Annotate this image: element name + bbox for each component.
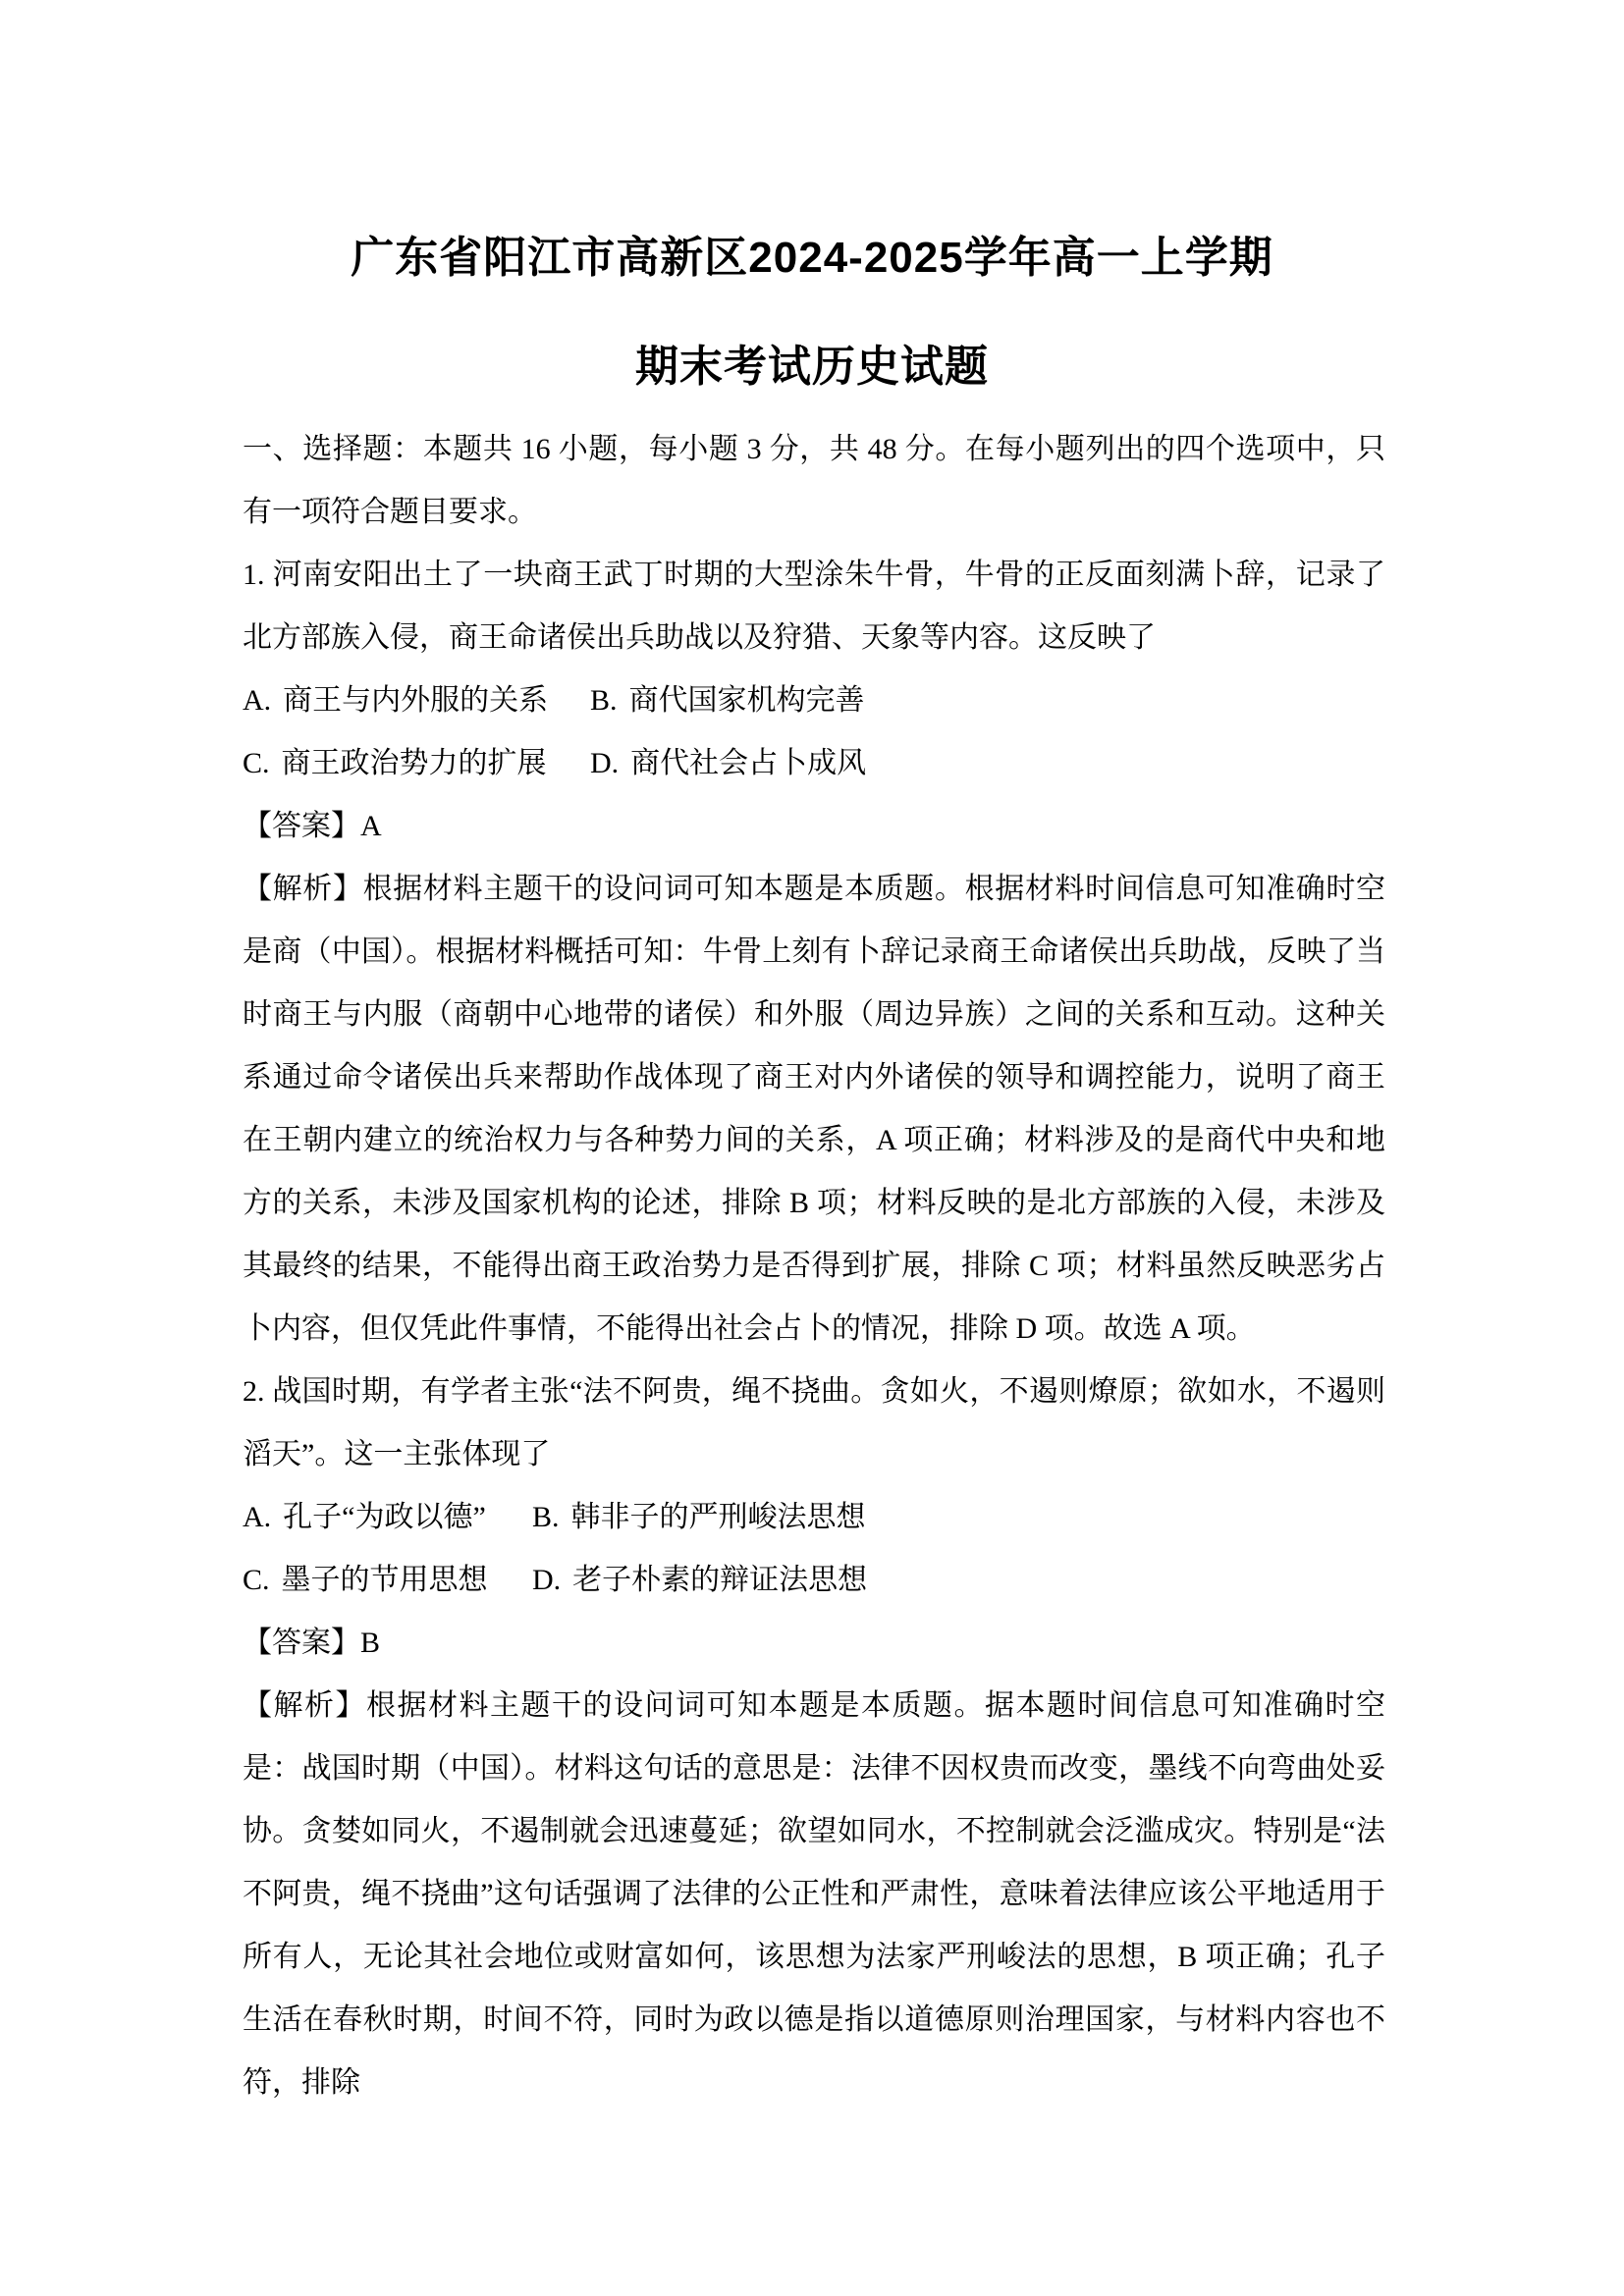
question-2-stem: 2. 战国时期，有学者主张“法不阿贵，绳不挠曲。贪如火，不遏则燎原；欲如水，不遏… xyxy=(243,1361,1385,1486)
question-2-answer-line: 【答案】B xyxy=(243,1612,1385,1675)
option-b: B.韩非子的严刑峻法思想 xyxy=(532,1486,1385,1549)
option-b-text: 韩非子的严刑峻法思想 xyxy=(571,1501,866,1533)
question-1-answer: A xyxy=(360,810,382,842)
option-b: B.商代国家机构完善 xyxy=(590,669,1385,732)
option-a-text: 商王与内外服的关系 xyxy=(283,684,548,717)
option-d-label: D. xyxy=(532,1564,561,1596)
question-1-options-row-2: C.商王政治势力的扩展 D.商代社会占卜成风 xyxy=(243,732,1385,795)
option-d-text: 老子朴素的辩证法思想 xyxy=(572,1564,867,1596)
answer-label: 【答案】 xyxy=(243,810,360,842)
question-1-analysis-line: 【解析】根据材料主题干的设问词可知本题是本质题。根据材料时间信息可知准确时空是商… xyxy=(243,858,1385,1361)
question-2-options-row-1: A.孔子“为政以德” B.韩非子的严刑峻法思想 xyxy=(243,1486,1385,1549)
option-c: C.墨子的节用思想 xyxy=(243,1549,532,1612)
page-title: 广东省阳江市高新区2024-2025学年高一上学期 xyxy=(0,237,1624,280)
option-b-label: B. xyxy=(532,1501,560,1533)
analysis-label: 【解析】 xyxy=(243,873,363,905)
analysis-label: 【解析】 xyxy=(243,1689,366,1722)
question-2-answer: B xyxy=(360,1627,380,1659)
option-c-label: C. xyxy=(243,747,270,779)
option-c-label: C. xyxy=(243,1564,270,1596)
option-b-label: B. xyxy=(590,684,618,717)
option-b-text: 商代国家机构完善 xyxy=(629,684,865,717)
option-d-text: 商代社会占卜成风 xyxy=(630,747,866,779)
option-c-text: 商王政治势力的扩展 xyxy=(282,747,547,779)
question-1-options-row-1: A.商王与内外服的关系 B.商代国家机构完善 xyxy=(243,669,1385,732)
option-a-label: A. xyxy=(243,1501,271,1533)
question-2-options-row-2: C.墨子的节用思想 D.老子朴素的辩证法思想 xyxy=(243,1549,1385,1612)
option-d: D.老子朴素的辩证法思想 xyxy=(532,1549,1385,1612)
exam-document-page: 广东省阳江市高新区2024-2025学年高一上学期 期末考试历史试题 一、选择题… xyxy=(0,0,1624,2296)
question-1-analysis: 根据材料主题干的设问词可知本题是本质题。根据材料时间信息可知准确时空是商（中国）… xyxy=(243,873,1385,1345)
option-a: A.商王与内外服的关系 xyxy=(243,669,590,732)
option-d: D.商代社会占卜成风 xyxy=(590,732,1385,795)
page-subtitle: 期末考试历史试题 xyxy=(0,346,1624,389)
option-a-label: A. xyxy=(243,684,271,717)
answer-label: 【答案】 xyxy=(243,1627,360,1659)
option-a: A.孔子“为政以德” xyxy=(243,1486,532,1549)
option-c: C.商王政治势力的扩展 xyxy=(243,732,590,795)
section-header: 一、选择题：本题共 16 小题，每小题 3 分，共 48 分。在每小题列出的四个… xyxy=(243,418,1385,544)
question-1-stem: 1. 河南安阳出土了一块商王武丁时期的大型涂朱牛骨，牛骨的正反面刻满卜辞，记录了… xyxy=(243,544,1385,669)
option-c-text: 墨子的节用思想 xyxy=(282,1564,488,1596)
option-a-text: 孔子“为政以德” xyxy=(283,1501,486,1533)
exam-body: 一、选择题：本题共 16 小题，每小题 3 分，共 48 分。在每小题列出的四个… xyxy=(243,418,1385,2114)
question-2-analysis-line: 【解析】根据材料主题干的设问词可知本题是本质题。据本题时间信息可知准确时空是：战… xyxy=(243,1675,1385,2114)
question-1-answer-line: 【答案】A xyxy=(243,795,1385,858)
option-d-label: D. xyxy=(590,747,619,779)
question-2-analysis: 根据材料主题干的设问词可知本题是本质题。据本题时间信息可知准确时空是：战国时期（… xyxy=(243,1689,1385,2099)
